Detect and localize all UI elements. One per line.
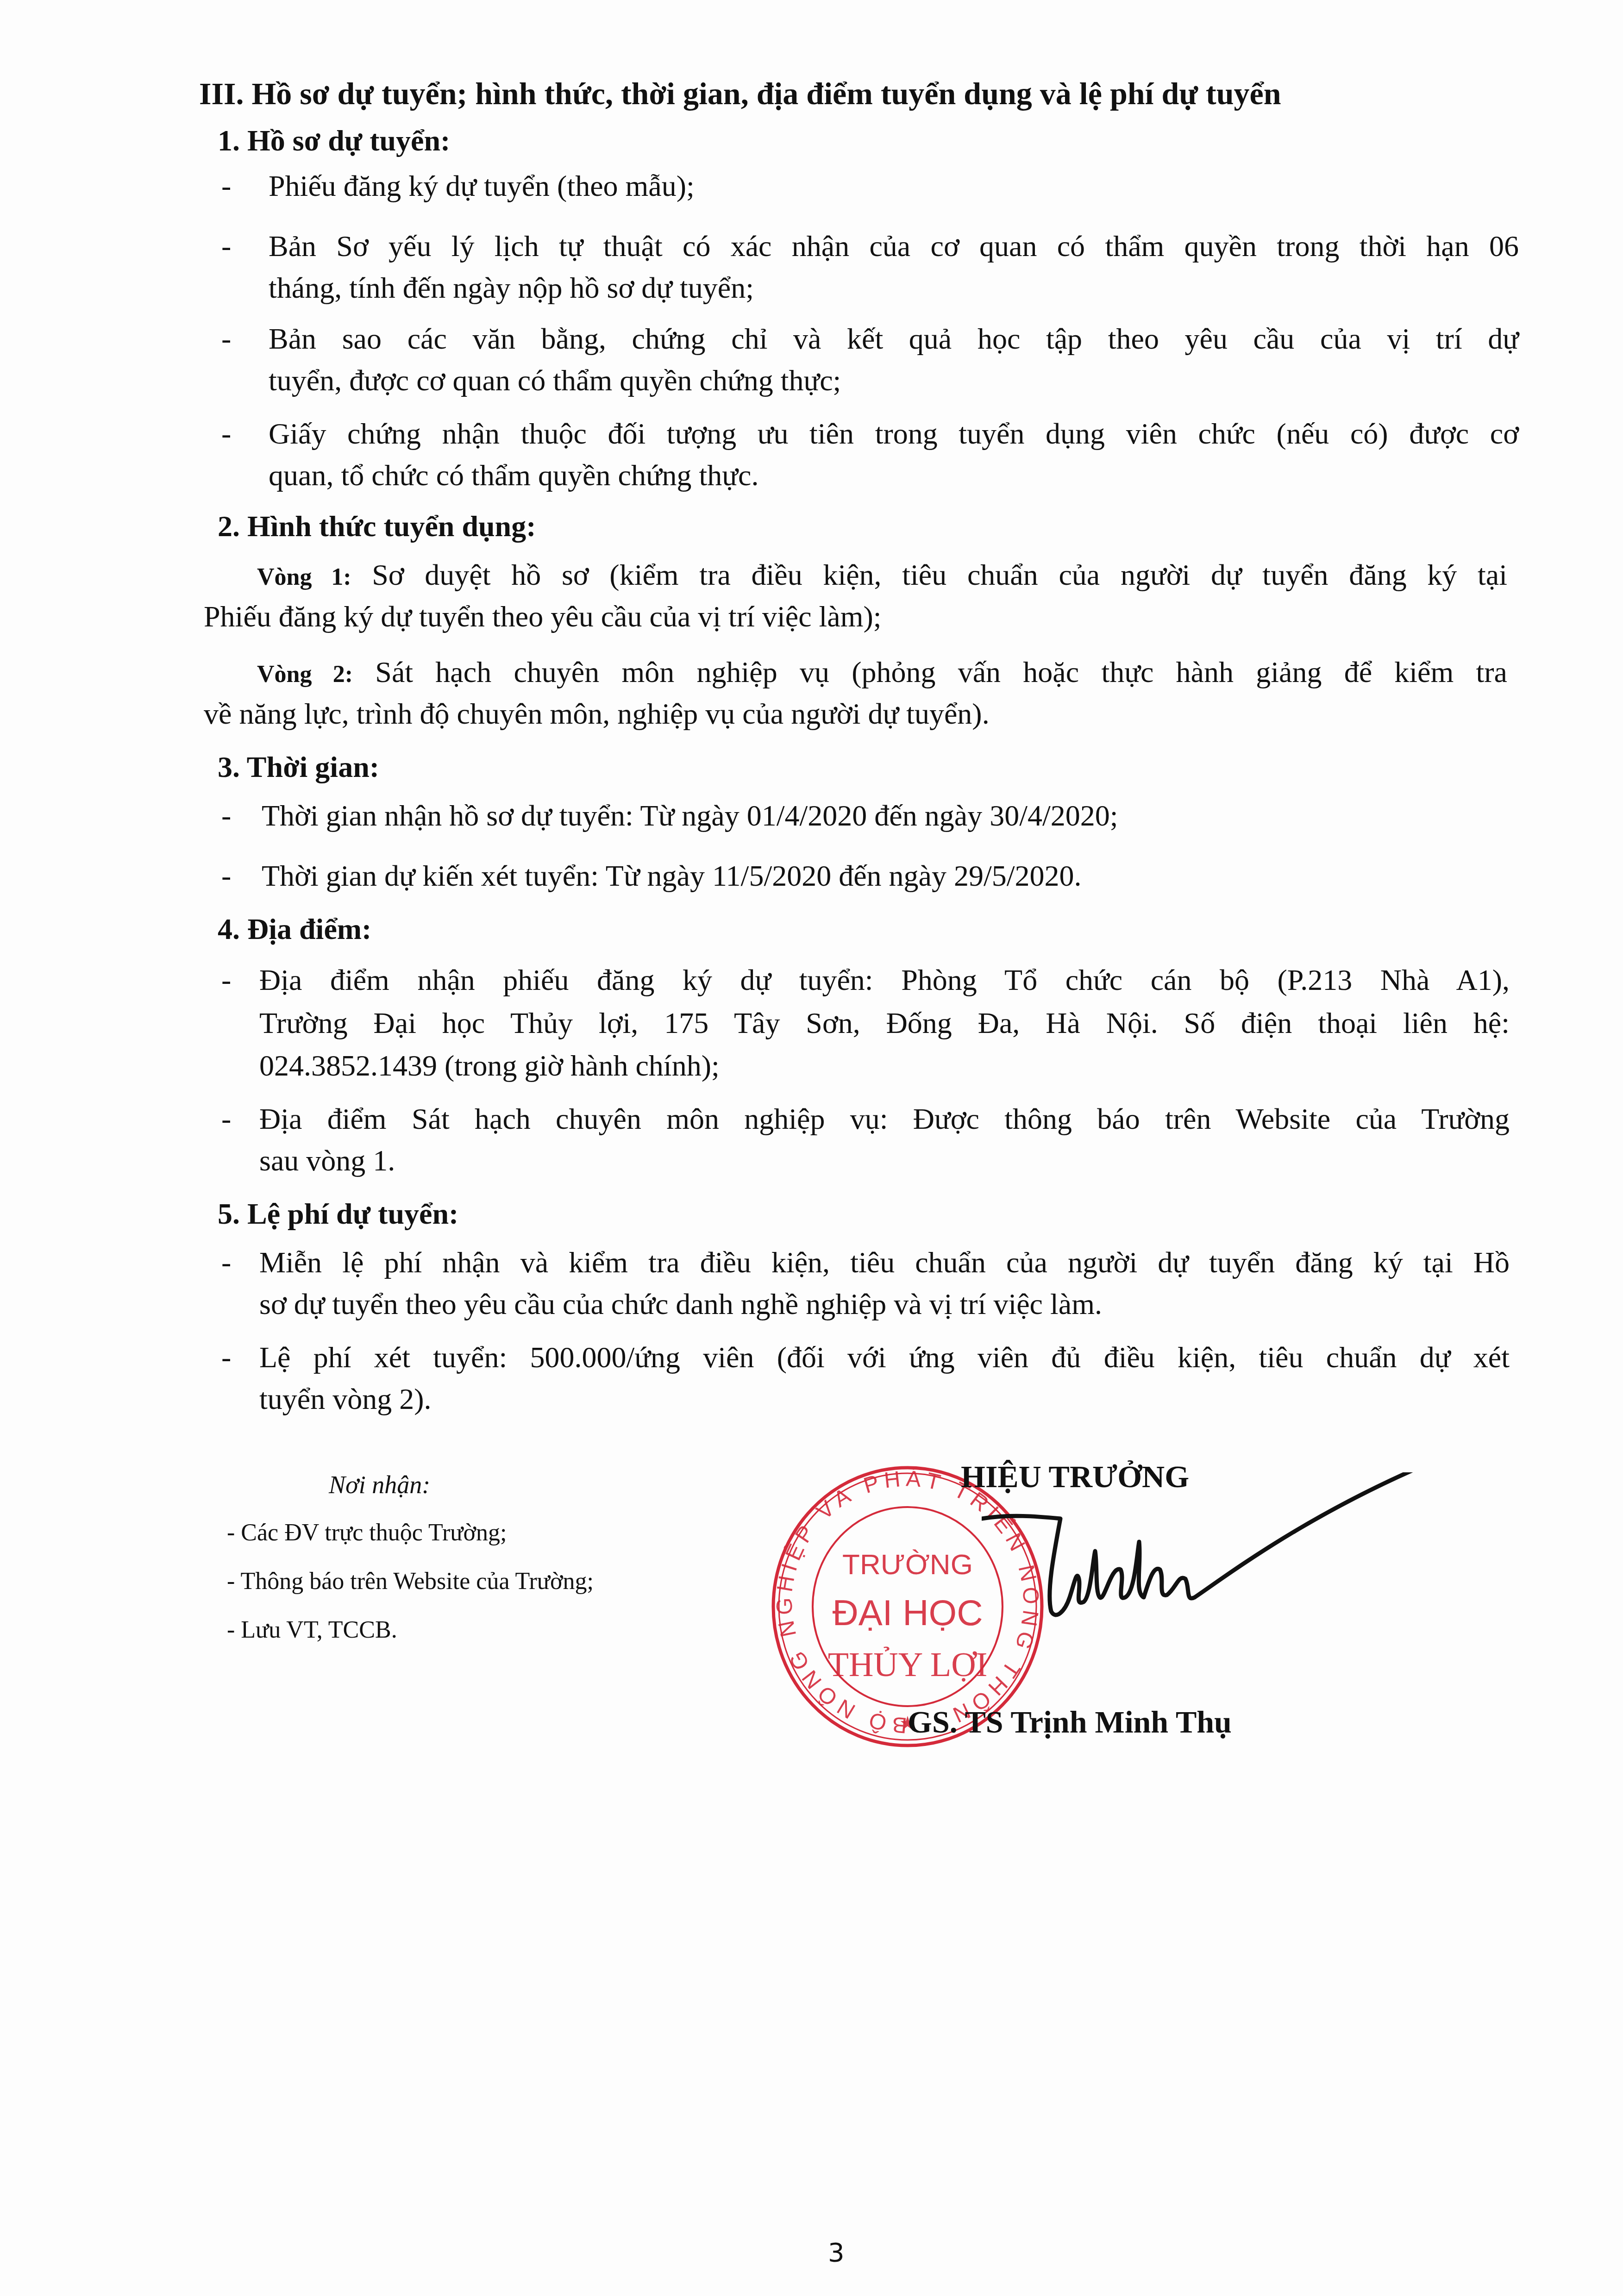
bullet-dash: - — [221, 861, 231, 891]
stamp-line2: ĐẠI HỌC — [832, 1592, 983, 1633]
bullet-text: Địa điểm nhận phiếu đăng ký dự tuyển: Ph… — [259, 965, 1510, 995]
bullet-text: Bản Sơ yếu lý lịch tự thuật có xác nhận … — [269, 231, 1519, 261]
round-1-text: Vòng 1: Sơ duyệt hồ sơ (kiểm tra điều ki… — [257, 560, 1507, 590]
bullet-text-cont: sơ dự tuyển theo yêu cầu của chức danh n… — [259, 1289, 1102, 1319]
bullet-dash: - — [221, 801, 231, 831]
bullet-text-cont: tháng, tính đến ngày nộp hồ sơ dự tuyển; — [269, 273, 754, 303]
bullet-dash: - — [221, 324, 231, 354]
bullet-text: Bản sao các văn bằng, chứng chỉ và kết q… — [269, 324, 1519, 354]
bullet-text-cont: tuyển vòng 2). — [259, 1384, 432, 1414]
round-2-label: Vòng 2: — [257, 661, 353, 688]
page-number: 3 — [828, 2240, 845, 2266]
bullet-text-cont: Trường Đại học Thủy lợi, 175 Tây Sơn, Đố… — [259, 1008, 1510, 1038]
bullet-text: Miễn lệ phí nhận và kiểm tra điều kiện, … — [259, 1248, 1510, 1277]
heading-ho-so: 1. Hồ sơ dự tuyển: — [218, 126, 450, 156]
stamp-line1: TRƯỜNG — [842, 1549, 973, 1581]
bullet-text: Thời gian nhận hồ sơ dự tuyển: Từ ngày 0… — [262, 801, 1118, 831]
bullet-dash: - — [221, 231, 231, 261]
bullet-dash: - — [221, 1104, 231, 1134]
bullet-text: Thời gian dự kiến xét tuyển: Từ ngày 11/… — [262, 861, 1082, 891]
heading-dia-diem: 4. Địa điểm: — [218, 914, 371, 944]
round-1-label: Vòng 1: — [257, 564, 351, 590]
round-2-text-cont: về năng lực, trình độ chuyên môn, nghiệp… — [204, 699, 990, 729]
heading-hinh-thuc: 2. Hình thức tuyển dụng: — [218, 512, 536, 541]
bullet-dash: - — [221, 1248, 231, 1277]
round-1-text-cont: Phiếu đăng ký dự tuyển theo yêu cầu của … — [204, 602, 882, 632]
bullet-text: Phiếu đăng ký dự tuyển (theo mẫu); — [269, 171, 695, 201]
recipient-item: - Các ĐV trực thuộc Trường; — [227, 1521, 507, 1545]
bullet-text-cont: tuyển, được cơ quan có thẩm quyền chứng … — [269, 366, 841, 395]
bullet-text-cont: quan, tổ chức có thẩm quyền chứng thực. — [269, 461, 758, 490]
handwritten-signature — [982, 1472, 1445, 1681]
bullet-dash: - — [221, 1343, 231, 1372]
bullet-text-cont: 024.3852.1439 (trong giờ hành chính); — [259, 1051, 720, 1081]
heading-le-phi: 5. Lệ phí dự tuyển: — [218, 1199, 458, 1229]
bullet-text: Giấy chứng nhận thuộc đối tượng ưu tiên … — [269, 419, 1519, 449]
bullet-dash: - — [221, 171, 231, 201]
recipient-item: - Lưu VT, TCCB. — [227, 1618, 397, 1642]
bullet-text-cont: sau vòng 1. — [259, 1146, 395, 1176]
document-page: III. Hồ sơ dự tuyển; hình thức, thời gia… — [0, 0, 1623, 2296]
stamp-line3: THỦY LỢI — [828, 1646, 988, 1684]
heading-thoi-gian: 3. Thời gian: — [218, 752, 379, 782]
bullet-text: Địa điểm Sát hạch chuyên môn nghiệp vụ: … — [259, 1104, 1510, 1134]
recipients-title: Nơi nhận: — [329, 1472, 430, 1497]
section-title: III. Hồ sơ dự tuyển; hình thức, thời gia… — [199, 78, 1281, 109]
bullet-dash: - — [221, 965, 231, 995]
round-2-text: Vòng 2: Sát hạch chuyên môn nghiệp vụ (p… — [257, 657, 1507, 687]
recipient-item: - Thông báo trên Website của Trường; — [227, 1570, 594, 1594]
signature-name: GS. TS Trịnh Minh Thụ — [908, 1706, 1232, 1738]
bullet-dash: - — [221, 419, 231, 449]
bullet-text: Lệ phí xét tuyển: 500.000/ứng viên (đối … — [259, 1343, 1510, 1372]
